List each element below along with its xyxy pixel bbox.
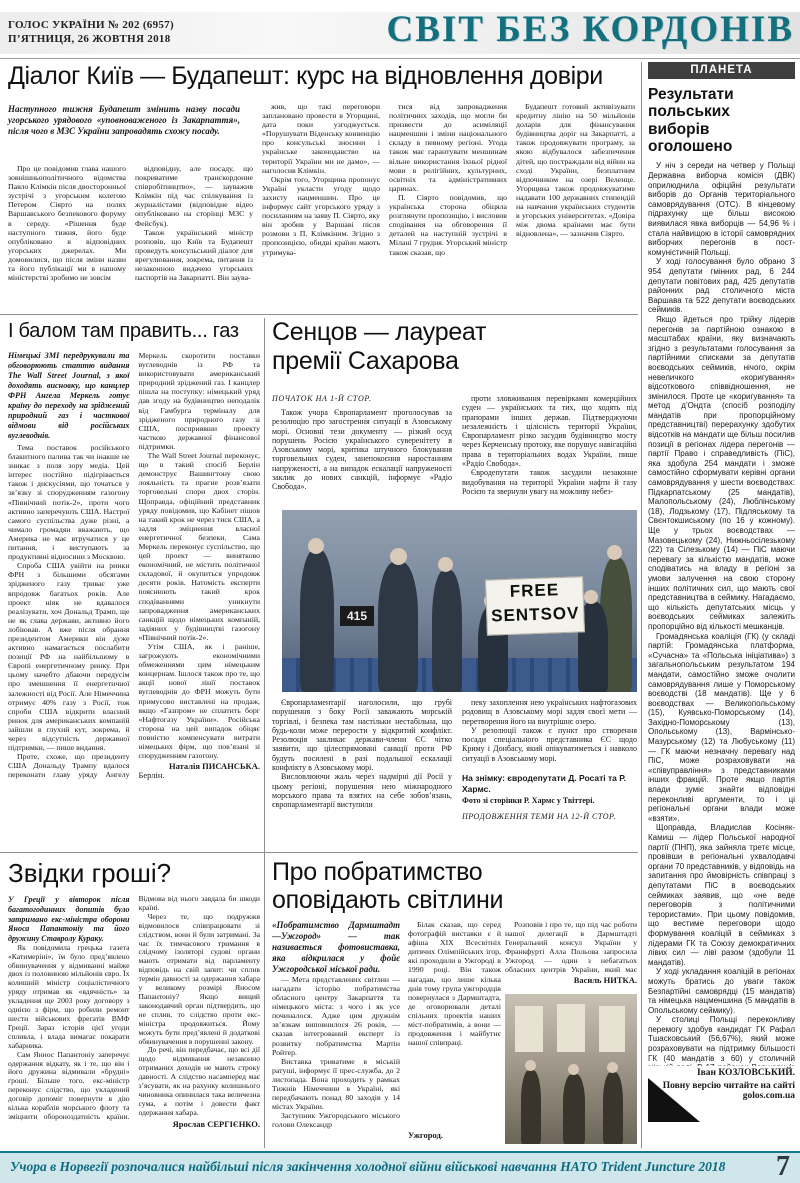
corner-triangle-decoration (648, 1078, 700, 1122)
bottom-strip: Учора в Норвегії розпочалися найбільші п… (0, 1151, 800, 1183)
horizontal-rule-top (0, 314, 638, 315)
sentsov-col-b: проти зловживання перевірками комерційни… (462, 394, 637, 508)
money-body: У Греції у вівторок після багатогодинних… (8, 895, 260, 1143)
person-head (607, 1062, 618, 1073)
sentsov-below-left: Європарламентарії наголосили, що грубі п… (272, 698, 452, 850)
free-sentsov-sign: FREE SENTSOV (485, 576, 585, 635)
gas-body: Німецькі ЗМІ передрукували та обговорюют… (8, 351, 260, 843)
dialog-column-5: Будапешт готовий активізувати кредитну л… (516, 102, 635, 312)
twin-col-b: Білак сказав, що серед фотографій вистав… (408, 920, 501, 1120)
dialog-column-4: тися від запровадження політичних заході… (389, 102, 507, 312)
twin-headline-line2: оповідають світлини (272, 886, 503, 914)
free-sign-line1: FREE (509, 580, 559, 601)
person-head (438, 557, 453, 572)
person-silhouette (432, 570, 462, 692)
money-byline: Ярослав СЕРГІЄНКО. (139, 1120, 261, 1129)
planeta-body: У ніч з середи на четвер у Польщі Держав… (648, 161, 795, 1066)
dialog-headline: Діалог Київ — Будапешт: курс на відновле… (8, 62, 635, 91)
rail-planeta: ПЛАНЕТА Результати польських виборів ого… (648, 62, 795, 1150)
person-head (607, 545, 622, 560)
twin-col-a-text: — Мета представлених світлин — нагадати … (272, 975, 400, 1145)
article-twin-cities: Про побратимство оповідають світлини «По… (272, 858, 637, 1150)
person-head (584, 590, 598, 604)
person-silhouette (300, 550, 334, 692)
sentsov-headline: Сенцов — лауреат премії Сахарова (272, 318, 637, 376)
article-gas: І балом там править... газ Німецькі ЗМІ … (8, 320, 260, 848)
gas-headline: І балом там править... газ (8, 320, 260, 343)
twin-col-a: «Побратимство Дармштадт—Ужгород» — так н… (272, 920, 400, 1148)
issue-date: П’ЯТНИЦЯ, 26 ЖОВТНЯ 2018 (8, 32, 174, 46)
person-silhouette (563, 1074, 585, 1144)
vertical-rule-center (264, 318, 265, 1148)
horizontal-rule-bottom (0, 852, 638, 853)
article-dialog-kyiv-budapest: Діалог Київ — Будапешт: курс на відновле… (8, 62, 635, 312)
twin-headline-line1: Про побратимство (272, 858, 482, 886)
sentsov-photo-europarliament: 415 FREE SENTSOV (282, 510, 637, 692)
free-sign-line2: SENTSOV (491, 603, 580, 625)
photo-credit: Фото зі сторінки Р. Хармс у Твіттері. (462, 796, 637, 805)
sentsov-col-a: Також учора Європарламент проголосував з… (272, 408, 452, 508)
window-shape (557, 1004, 585, 1052)
sentsov-kicker: ПОЧАТОК НА 1-Й СТОР. (272, 394, 372, 403)
person-silhouette (603, 1072, 623, 1144)
dialog-column-2: відповідну, але посаду, що покриватиме т… (135, 164, 253, 312)
window-shape (515, 1006, 543, 1052)
uzhhorod-caption: Ужгород. (408, 1130, 443, 1140)
person-silhouette (378, 562, 418, 692)
sentsov-below-right-text: пеку захоплення нею українських нафтогаз… (462, 698, 637, 770)
dialog-column-1: Про це повідомив глава нашого зовнішньоп… (8, 164, 126, 312)
money-headline: Звідки гроші? (8, 858, 260, 889)
money-lead: У Греції у вівторок після багатогодинних… (8, 895, 130, 944)
vertical-rule-rail (641, 62, 642, 1148)
article-money: Звідки гроші? У Греції у вівторок після … (8, 858, 260, 1150)
person-head (390, 548, 407, 565)
photo-caption: На знімку: євродепутати Д. Росаті та Р. … (462, 773, 637, 794)
sentsov-below-right: пеку захоплення нею українських нафтогаз… (462, 698, 637, 850)
gas-dateline: Берлін. (139, 771, 261, 780)
planeta-headline: Результати польських виборів оголошено (648, 86, 795, 155)
twin-col-c: Розповів і про те, що під час роботи наш… (505, 920, 637, 992)
twin-lead: «Побратимство Дармштадт—Ужгород» — так н… (272, 920, 400, 975)
person-head (308, 538, 324, 554)
person-silhouette (521, 1070, 541, 1144)
page-number: 7 (776, 1151, 790, 1183)
gas-lead: Німецькі ЗМІ передрукували та обговорюют… (8, 351, 130, 441)
masthead: ГОЛОС УКРАЇНИ № 202 (6957) П’ЯТНИЦЯ, 26 … (0, 0, 800, 59)
sentsov-headline-line2: премії Сахарова (272, 347, 459, 375)
twin-col-c-text: Розповів і про те, що під час роботи наш… (505, 920, 637, 974)
uzhhorod-photo (505, 994, 637, 1144)
person-head (525, 1060, 536, 1071)
window-shape (599, 1006, 625, 1052)
twin-byline: Василь НИТКА. (505, 976, 637, 985)
dialog-column-3: жив, що такі переговори заплановано пров… (262, 102, 380, 312)
twin-headline: Про побратимство оповідають світлини (272, 858, 637, 914)
section-title: СВІТ БЕЗ КОРДОНІВ (386, 8, 794, 51)
person-head (568, 1064, 579, 1075)
article-sentsov: Сенцов — лауреат премії Сахарова ПОЧАТОК… (272, 318, 637, 850)
seat-number-badge: 415 (340, 606, 374, 626)
continuation-note: ПРОДОВЖЕННЯ ТЕМИ НА 12-Й СТОР. (462, 812, 637, 821)
issue-number: ГОЛОС УКРАЇНИ № 202 (6957) (8, 18, 174, 32)
planeta-byline: Іван КОЗЛОВСЬКИЙ. (648, 1068, 795, 1078)
issue-block: ГОЛОС УКРАЇНИ № 202 (6957) П’ЯТНИЦЯ, 26 … (8, 18, 174, 47)
planeta-label: ПЛАНЕТА (648, 62, 795, 79)
dialog-lead: Наступного тижня Будапешт змінить назву … (8, 104, 240, 137)
sentsov-headline-line1: Сенцов — лауреат (272, 318, 486, 346)
strip-text: Учора в Норвегії розпочалися найбільші п… (10, 1159, 740, 1175)
